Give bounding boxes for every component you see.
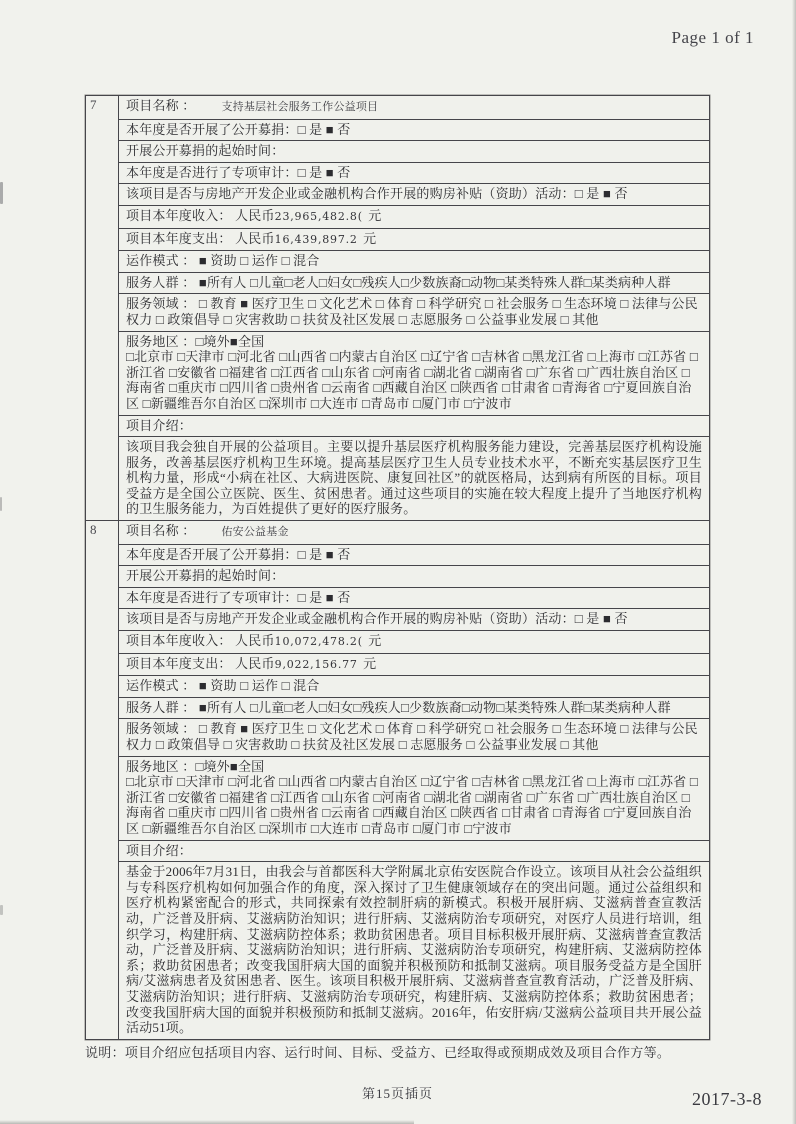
row-project-name: 项目名称 ：佑安公益基金 bbox=[119, 521, 709, 545]
row-public-fundraising: 本年度是否开展了公开募捐：□ 是 ■ 否 bbox=[119, 545, 709, 567]
scan-edge-shadow bbox=[0, 1120, 414, 1124]
row-housing-subsidy: 该项目是否与房地产开发企业或金融机构合作开展的购房补贴（资助）活动：□ 是 ■ … bbox=[119, 184, 709, 206]
field-line: 服务地区 ：□境外■全国 bbox=[126, 759, 702, 775]
footer-page-number: 第15页插页 bbox=[85, 1083, 710, 1102]
row-service-population: 服务人群 ： ■所有人 □儿童□老人□妇女□残疾人□少数族裔□动物□某类特殊人群… bbox=[119, 698, 709, 720]
row-intro-text: 该项目我会独自开展的公益项目。主要以提升基层医疗机构服务能力建设，完善基层医疗机… bbox=[119, 437, 709, 520]
row-service-region: 服务地区 ：□境外■全国□北京市 □天津市 □河北省 □山西省 □内蒙古自治区 … bbox=[119, 332, 709, 416]
unit-label: 元 bbox=[365, 633, 382, 648]
amount-value: 16,439,897.2 bbox=[275, 233, 358, 246]
field-label: 项目本年度支出： 人民币 bbox=[126, 231, 275, 246]
field-label: 项目本年度收入： 人民币 bbox=[126, 633, 275, 648]
amount-value: 10,072,478.2( bbox=[275, 635, 363, 648]
row-intro-label: 项目介绍： bbox=[119, 416, 709, 438]
row-operation-mode: 运作模式 ： ■ 资助 □ 运作 □ 混合 bbox=[119, 251, 709, 273]
row-service-field: 服务领域 ： □ 教育 ■ 医疗卫生 □ 文化艺术 □ 体育 □ 科学研究 □ … bbox=[119, 294, 709, 331]
field-line: □北京市 □天津市 □河北省 □山西省 □内蒙古自治区 □辽宁省 □吉林省 □黑… bbox=[126, 349, 702, 411]
scan-edge-shadow bbox=[792, 0, 796, 1124]
row-special-audit: 本年度是否进行了专项审计：□ 是 ■ 否 bbox=[119, 163, 709, 185]
projects-table: 7项目名称 ：支持基层社会服务工作公益项目本年度是否开展了公开募捐：□ 是 ■ … bbox=[85, 95, 710, 1040]
footer-date-stamp: 2017-3-8 bbox=[692, 1089, 762, 1110]
field-line: 服务地区 ：□境外■全国 bbox=[126, 334, 702, 350]
document-content: 7项目名称 ：支持基层社会服务工作公益项目本年度是否开展了公开募捐：□ 是 ■ … bbox=[85, 95, 710, 1102]
project-block: 7项目名称 ：支持基层社会服务工作公益项目本年度是否开展了公开募捐：□ 是 ■ … bbox=[86, 96, 709, 520]
row-housing-subsidy: 该项目是否与房地产开发企业或金融机构合作开展的购房补贴（资助）活动：□ 是 ■ … bbox=[119, 609, 709, 631]
row-public-fundraising: 本年度是否开展了公开募捐：□ 是 ■ 否 bbox=[119, 120, 709, 142]
field-label: 项目本年度支出： 人民币 bbox=[126, 656, 275, 671]
row-service-population: 服务人群 ： ■所有人 □儿童□老人□妇女□残疾人□少数族裔□动物□某类特殊人群… bbox=[119, 273, 709, 295]
unit-label: 元 bbox=[360, 231, 377, 246]
row-fundraising-start-time: 开展公开募捐的起始时间： bbox=[119, 566, 709, 588]
row-fundraising-start-time: 开展公开募捐的起始时间： bbox=[119, 141, 709, 163]
field-label: 项目名称 ： bbox=[126, 98, 195, 113]
project-index: 8 bbox=[86, 521, 119, 1039]
row-service-region: 服务地区 ：□境外■全国□北京市 □天津市 □河北省 □山西省 □内蒙古自治区 … bbox=[119, 757, 709, 841]
field-label: 项目本年度收入： 人民币 bbox=[126, 208, 275, 223]
row-annual-expense: 项目本年度支出： 人民币16,439,897.2 元 bbox=[119, 229, 709, 252]
row-annual-income: 项目本年度收入： 人民币23,965,482.8( 元 bbox=[119, 206, 709, 229]
amount-value: 23,965,482.8( bbox=[275, 210, 363, 223]
scanned-document-page: Page 1 of 1 7项目名称 ：支持基层社会服务工作公益项目本年度是否开展… bbox=[0, 0, 796, 1124]
scan-artifact bbox=[0, 182, 3, 204]
page-number-label: Page 1 of 1 bbox=[672, 28, 754, 48]
row-intro-text: 基金于2006年7月31日，由我会与首都医科大学附属北京佑安医院合作设立。该项目… bbox=[119, 862, 709, 1039]
field-value: 支持基层社会服务工作公益项目 bbox=[221, 101, 378, 113]
row-operation-mode: 运作模式 ： ■ 资助 □ 运作 □ 混合 bbox=[119, 676, 709, 698]
scan-artifact bbox=[0, 497, 2, 511]
row-special-audit: 本年度是否进行了专项审计：□ 是 ■ 否 bbox=[119, 588, 709, 610]
footer-note: 说明：项目介绍应包括项目内容、运行时间、目标、受益方、已经取得或预期成效及项目合… bbox=[85, 1044, 710, 1061]
row-intro-label: 项目介绍： bbox=[119, 841, 709, 863]
row-service-field: 服务领域 ： □ 教育 ■ 医疗卫生 □ 文化艺术 □ 体育 □ 科学研究 □ … bbox=[119, 719, 709, 756]
unit-label: 元 bbox=[360, 656, 377, 671]
scan-artifact bbox=[0, 905, 3, 915]
amount-value: 9,022,156.77 bbox=[275, 658, 358, 671]
row-annual-income: 项目本年度收入： 人民币10,072,478.2( 元 bbox=[119, 631, 709, 654]
row-project-name: 项目名称 ：支持基层社会服务工作公益项目 bbox=[119, 96, 709, 120]
field-value: 佑安公益基金 bbox=[221, 526, 288, 538]
row-annual-expense: 项目本年度支出： 人民币9,022,156.77 元 bbox=[119, 654, 709, 677]
field-label: 项目名称 ： bbox=[126, 523, 195, 538]
project-index: 7 bbox=[86, 96, 119, 520]
field-line: □北京市 □天津市 □河北省 □山西省 □内蒙古自治区 □辽宁省 □吉林省 □黑… bbox=[126, 774, 702, 836]
project-block: 8项目名称 ：佑安公益基金本年度是否开展了公开募捐：□ 是 ■ 否开展公开募捐的… bbox=[86, 520, 709, 1039]
unit-label: 元 bbox=[365, 208, 382, 223]
